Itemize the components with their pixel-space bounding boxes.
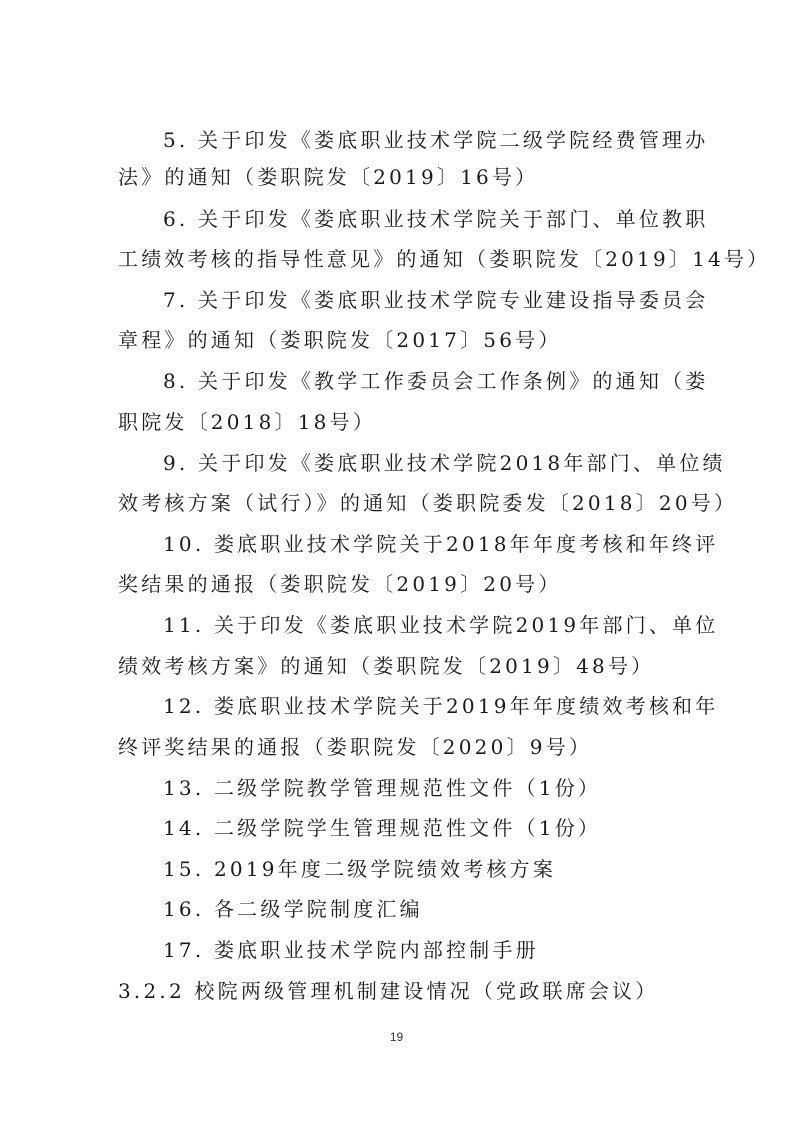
list-item-10-line1: 10. 娄底职业技术学院关于2018年年度考核和年终评 [163,531,718,557]
list-item-12-line2: 终评奖结果的通报（娄职院发〔2020〕9号） [118,734,592,760]
section-heading: 3.2.2 校院两级管理机制建设情况（党政联席会议） [118,978,658,1004]
page-number: 19 [0,1030,793,1044]
list-item-7-line2: 章程》的通知（娄职院发〔2017〕56号） [118,327,562,353]
document-page: 5. 关于印发《娄底职业技术学院二级学院经费管理办 法》的通知（娄职院发〔201… [0,0,793,1122]
list-item-6-line2: 工绩效考核的指导性意见》的通知（娄职院发〔2019〕14号） [118,246,770,272]
list-item-11-line1: 11. 关于印发《娄底职业技术学院2019年部门、单位 [163,612,718,638]
list-item-9-line2: 效考核方案（试行）》的通知（娄职院委发〔2018〕20号） [118,490,737,516]
list-item-14: 14. 二级学院学生管理规范性文件（1份） [163,815,601,841]
list-item-8-line1: 8. 关于印发《教学工作委员会工作条例》的通知（娄 [163,368,708,394]
list-item-5-line1: 5. 关于印发《娄底职业技术学院二级学院经费管理办 [163,127,708,153]
list-item-7-line1: 7. 关于印发《娄底职业技术学院专业建设指导委员会 [163,287,708,313]
list-item-8-line2: 职院发〔2018〕18号） [118,409,376,435]
list-item-6-line1: 6. 关于印发《娄底职业技术学院关于部门、单位教职 [163,206,708,232]
list-item-16: 16. 各二级学院制度汇编 [163,896,423,922]
list-item-13: 13. 二级学院教学管理规范性文件（1份） [163,775,601,801]
list-item-9-line1: 9. 关于印发《娄底职业技术学院2018年部门、单位绩 [163,450,726,476]
list-item-12-line1: 12. 娄底职业技术学院关于2019年年度绩效考核和年 [163,693,718,719]
list-item-5-line2: 法》的通知（娄职院发〔2019〕16号） [118,164,538,190]
list-item-10-line2: 奖结果的通报（娄职院发〔2019〕20号） [118,571,562,597]
list-item-11-line2: 绩效考核方案》的通知（娄职院发〔2019〕48号） [118,653,654,679]
list-item-17: 17. 娄底职业技术学院内部控制手册 [163,937,539,963]
list-item-15: 15. 2019年度二级学院绩效考核方案 [163,856,556,882]
